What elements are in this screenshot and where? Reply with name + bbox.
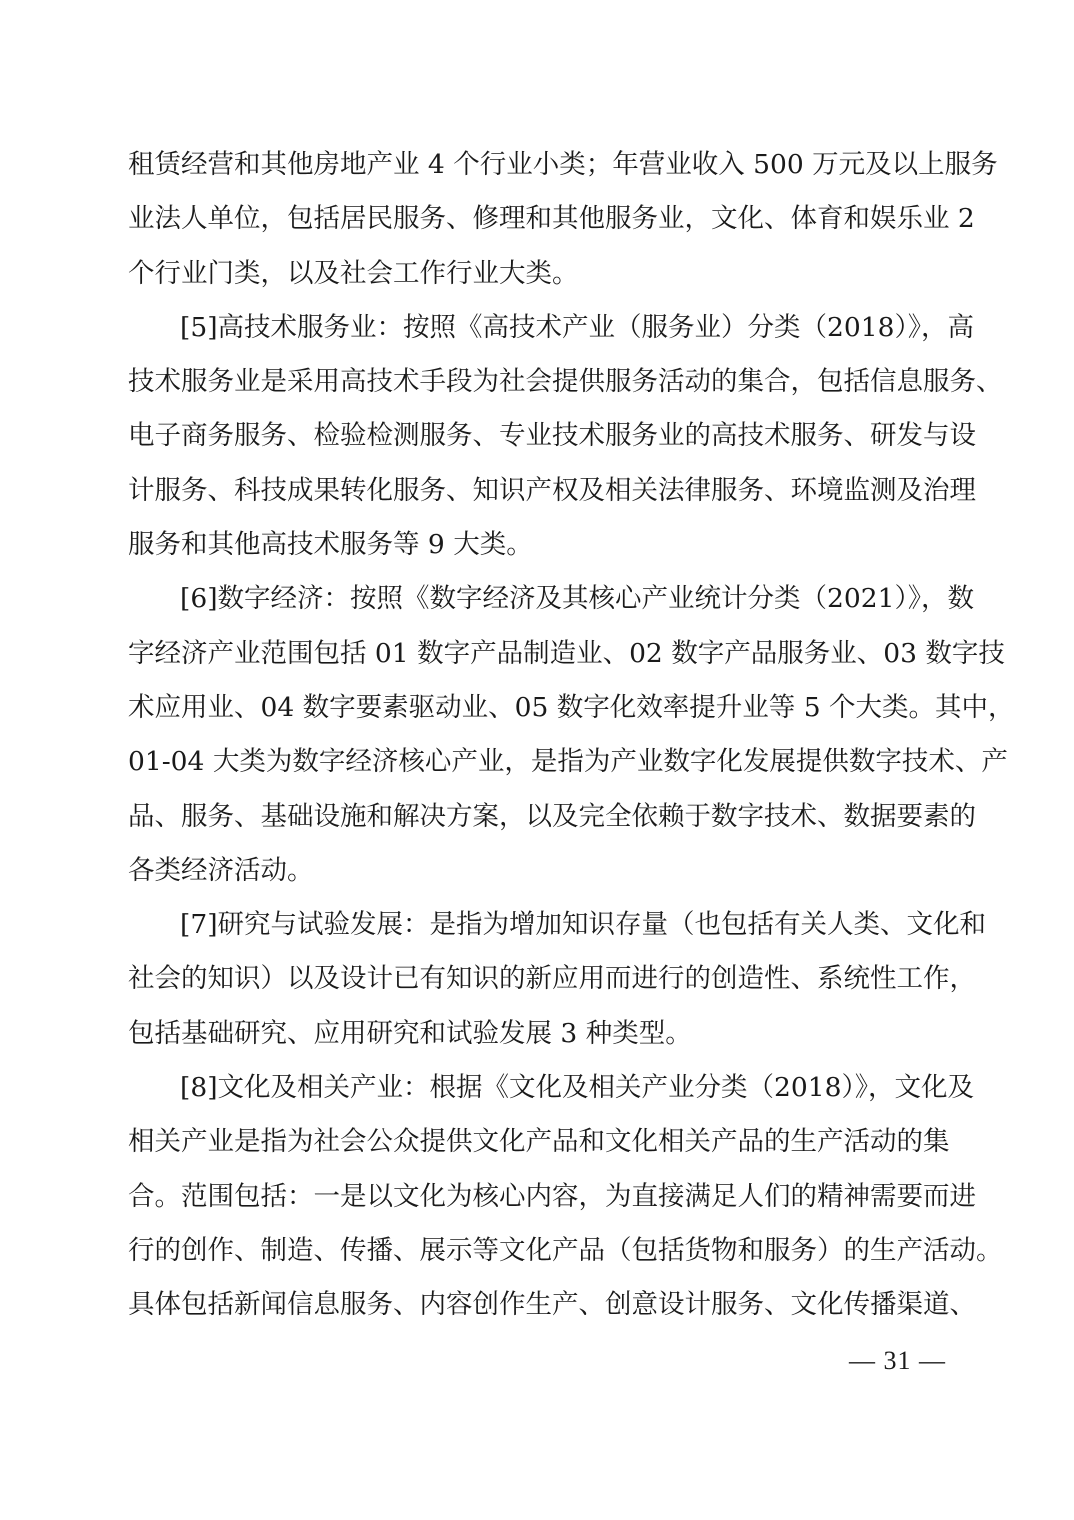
text-line: 01-04 大类为数字经济核心产业，是指为产业数字化发展提供数字技术、产	[128, 735, 946, 789]
text-line: 字经济产业范围包括 01 数字产品制造业、02 数字产品服务业、03 数字技	[128, 627, 946, 681]
paragraph-continuation: 租赁经营和其他房地产业 4 个行业小类；年营业收入 500 万元及以上服务 业法…	[128, 138, 946, 301]
text-line: 各类经济活动。	[128, 844, 946, 898]
text-line: 术应用业、04 数字要素驱动业、05 数字化效率提升业等 5 个大类。其中，	[128, 681, 946, 735]
text-line: 社会的知识）以及设计已有知识的新应用而进行的创造性、系统性工作，	[128, 952, 946, 1006]
text-line: 合。范围包括：一是以文化为核心内容，为直接满足人们的精神需要而进	[128, 1170, 946, 1224]
paragraph-note-5: [5]高技术服务业：按照《高技术产业（服务业）分类（2018）》，高 技术服务业…	[128, 301, 946, 572]
page-number: — 31 —	[849, 1346, 946, 1376]
text-line: 包括基础研究、应用研究和试验发展 3 种类型。	[128, 1007, 946, 1061]
text-line: [6]数字经济：按照《数字经济及其核心产业统计分类（2021）》，数	[128, 572, 946, 626]
text-line: 服务和其他高技术服务等 9 大类。	[128, 518, 946, 572]
text-line: 相关产业是指为社会公众提供文化产品和文化相关产品的生产活动的集	[128, 1115, 946, 1169]
text-line: 电子商务服务、检验检测服务、专业技术服务业的高技术服务、研发与设	[128, 409, 946, 463]
text-line: 计服务、科技成果转化服务、知识产权及相关法律服务、环境监测及治理	[128, 464, 946, 518]
text-line: [7]研究与试验发展：是指为增加知识存量（也包括有关人类、文化和	[128, 898, 946, 952]
paragraph-note-8: [8]文化及相关产业：根据《文化及相关产业分类（2018）》，文化及 相关产业是…	[128, 1061, 946, 1332]
text-line: 具体包括新闻信息服务、内容创作生产、创意设计服务、文化传播渠道、	[128, 1278, 946, 1332]
paragraph-note-7: [7]研究与试验发展：是指为增加知识存量（也包括有关人类、文化和 社会的知识）以…	[128, 898, 946, 1061]
text-line: 行的创作、制造、传播、展示等文化产品（包括货物和服务）的生产活动。	[128, 1224, 946, 1278]
text-line: [8]文化及相关产业：根据《文化及相关产业分类（2018）》，文化及	[128, 1061, 946, 1115]
text-line: 租赁经营和其他房地产业 4 个行业小类；年营业收入 500 万元及以上服务	[128, 138, 946, 192]
document-page: 租赁经营和其他房地产业 4 个行业小类；年营业收入 500 万元及以上服务 业法…	[128, 138, 946, 1333]
text-line: 技术服务业是采用高技术手段为社会提供服务活动的集合，包括信息服务、	[128, 355, 946, 409]
text-line: [5]高技术服务业：按照《高技术产业（服务业）分类（2018）》，高	[128, 301, 946, 355]
text-line: 品、服务、基础设施和解决方案，以及完全依赖于数字技术、数据要素的	[128, 790, 946, 844]
text-line: 个行业门类，以及社会工作行业大类。	[128, 247, 946, 301]
text-line: 业法人单位，包括居民服务、修理和其他服务业，文化、体育和娱乐业 2	[128, 192, 946, 246]
paragraph-note-6: [6]数字经济：按照《数字经济及其核心产业统计分类（2021）》，数 字经济产业…	[128, 572, 946, 898]
